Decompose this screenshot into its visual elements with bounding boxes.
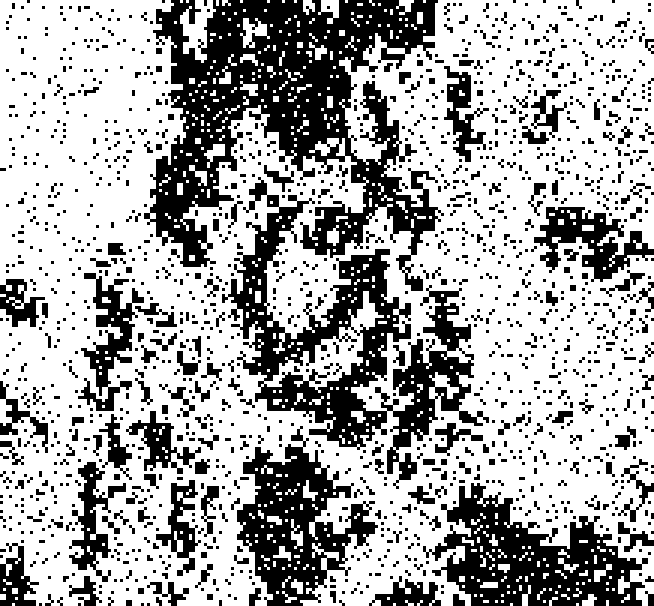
binary-bitmap-page [0,0,654,606]
binary-bitmap-canvas [0,0,654,606]
